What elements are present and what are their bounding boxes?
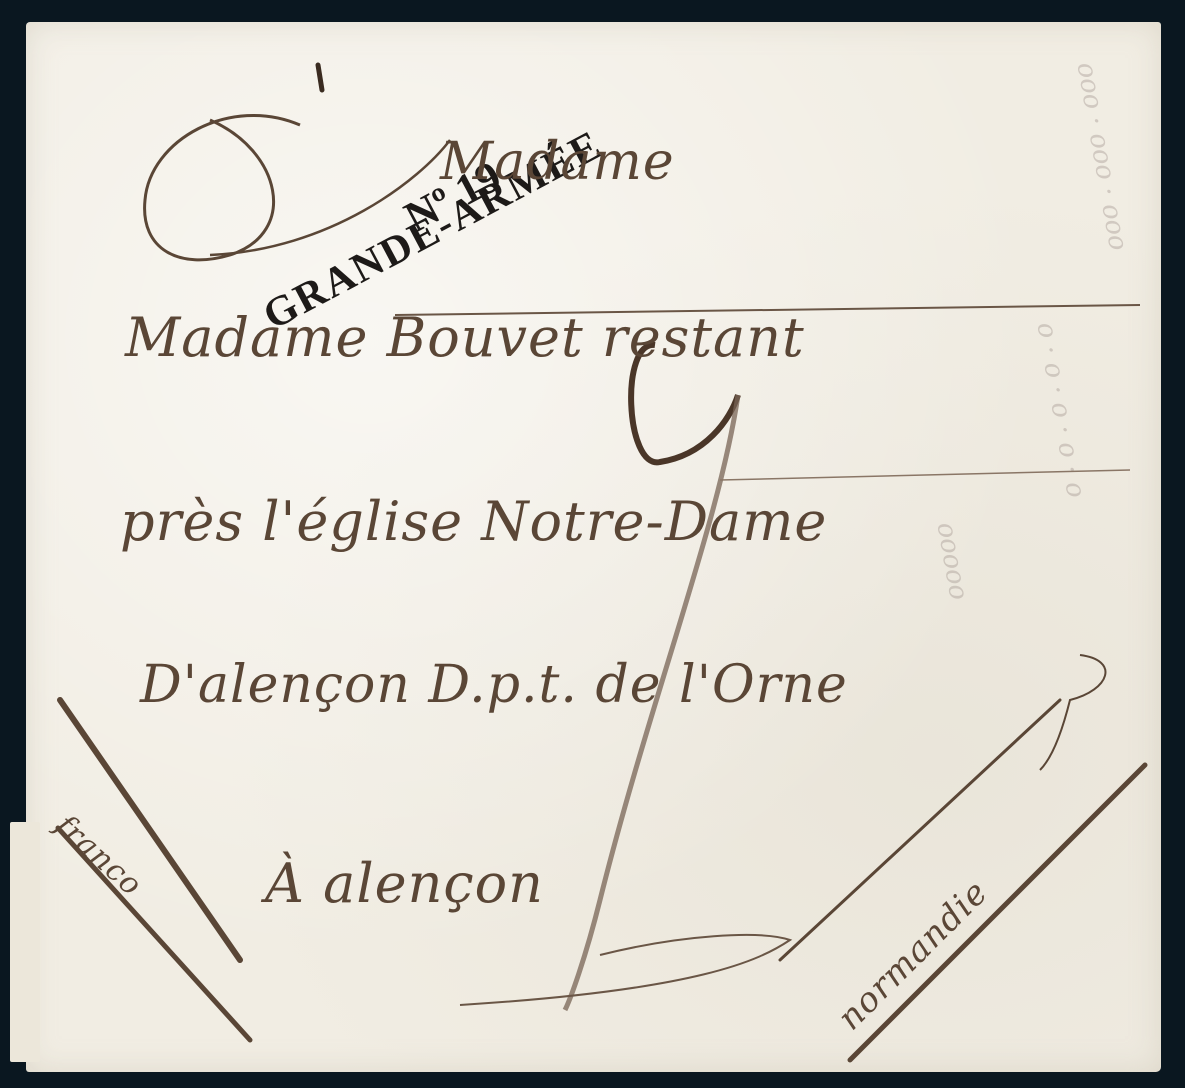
address-line-1: Madame Bouvet restant: [125, 306, 805, 369]
address-line-3: D'alençon D.p.t. de l'Orne: [140, 655, 848, 715]
address-line-4: À alençon: [265, 852, 544, 915]
address-line-2: près l'église Notre-Dame: [120, 490, 827, 553]
address-salutation: Madame: [440, 132, 675, 192]
